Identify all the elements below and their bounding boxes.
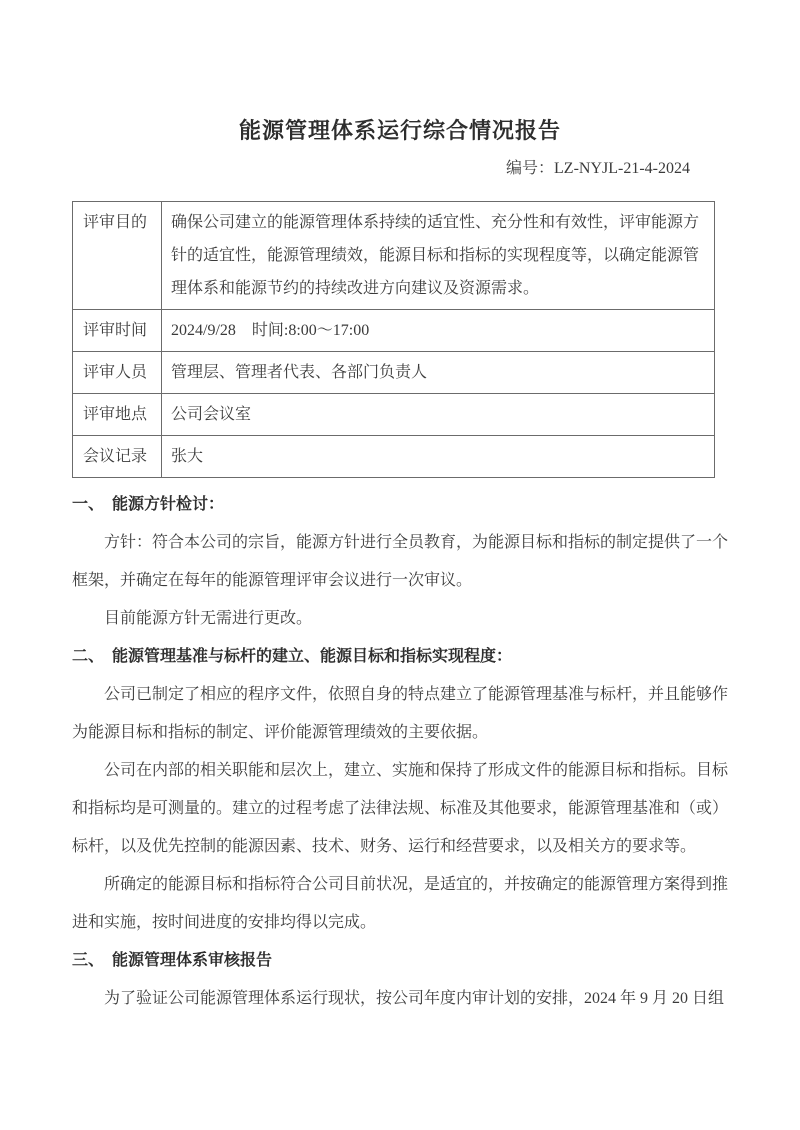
table-row: 会议记录 张大	[73, 436, 715, 478]
table-row: 评审时间 2024/9/28 时间:8:00～17:00	[73, 310, 715, 352]
table-row: 评审目的 确保公司建立的能源管理体系持续的适宜性、充分性和有效性，评审能源方针的…	[73, 202, 715, 310]
section-3-heading: 三、 能源管理体系审核报告	[72, 942, 728, 980]
row-value-purpose: 确保公司建立的能源管理体系持续的适宜性、充分性和有效性，评审能源方针的适宜性，能…	[162, 202, 715, 310]
document-page: 能源管理体系运行综合情况报告 编号：LZ-NYJL-21-4-2024 评审目的…	[0, 0, 800, 1130]
row-value-participants: 管理层、管理者代表、各部门负责人	[162, 352, 715, 394]
row-label-recorder: 会议记录	[73, 436, 162, 478]
row-label-participants: 评审人员	[73, 352, 162, 394]
paragraph: 所确定的能源目标和指标符合公司目前状况，是适宜的，并按确定的能源管理方案得到推进…	[72, 866, 728, 942]
section-1-heading: 一、 能源方针检讨：	[72, 486, 728, 524]
doc-number-line: 编号：LZ-NYJL-21-4-2024	[72, 159, 728, 179]
paragraph: 方针：符合本公司的宗旨，能源方针进行全员教育，为能源目标和指标的制定提供了一个框…	[72, 524, 728, 600]
row-value-time: 2024/9/28 时间:8:00～17:00	[162, 310, 715, 352]
doc-number-value: LZ-NYJL-21-4-2024	[554, 160, 690, 177]
table-row: 评审地点 公司会议室	[73, 394, 715, 436]
row-label-time: 评审时间	[73, 310, 162, 352]
document-title: 能源管理体系运行综合情况报告	[72, 0, 728, 146]
review-info-table: 评审目的 确保公司建立的能源管理体系持续的适宜性、充分性和有效性，评审能源方针的…	[72, 201, 715, 478]
paragraph: 目前能源方针无需进行更改。	[72, 600, 728, 638]
section-2-heading: 二、 能源管理基准与标杆的建立、能源目标和指标实现程度：	[72, 638, 728, 676]
paragraph: 公司已制定了相应的程序文件，依照自身的特点建立了能源管理基准与标杆，并且能够作为…	[72, 676, 728, 752]
paragraph: 公司在内部的相关职能和层次上，建立、实施和保持了形成文件的能源目标和指标。目标和…	[72, 752, 728, 866]
table-row: 评审人员 管理层、管理者代表、各部门负责人	[73, 352, 715, 394]
row-value-location: 公司会议室	[162, 394, 715, 436]
row-value-recorder: 张大	[162, 436, 715, 478]
row-label-location: 评审地点	[73, 394, 162, 436]
paragraph: 为了验证公司能源管理体系运行现状，按公司年度内审计划的安排，2024 年 9 月…	[72, 980, 728, 1018]
row-label-purpose: 评审目的	[73, 202, 162, 310]
doc-number-label: 编号：	[506, 160, 554, 177]
document-body: 一、 能源方针检讨： 方针：符合本公司的宗旨，能源方针进行全员教育，为能源目标和…	[72, 486, 728, 1018]
